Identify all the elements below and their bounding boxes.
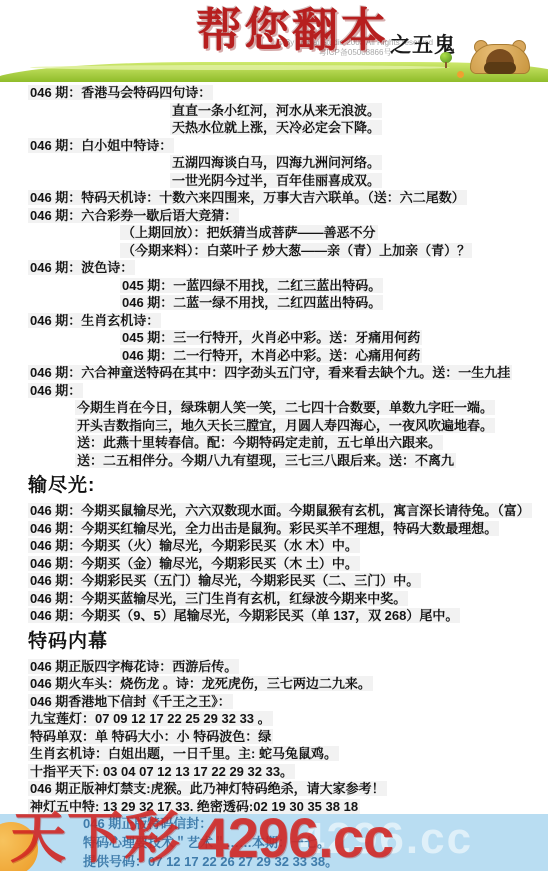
bear-muzzle [484, 62, 516, 74]
text-line: 046 期：今期买（金）输尽光，今期彩民买（木 土）中。 [0, 555, 548, 573]
text-line: （今期来料）：白菜叶子 炒大葱——亲（青）上加亲（青）？ [0, 242, 548, 260]
text-line: 直直一条小红河，河水从来无浪波。 [0, 102, 548, 120]
text-line: 十指平天下: 03 04 07 12 13 17 22 29 32 33。 [0, 763, 548, 781]
bear-illustration [468, 40, 532, 76]
text-line: 今期生肖在今日，绿珠朝人笑一笑，二七四十合数要，单数九字旺一端。 [0, 399, 548, 417]
text-line: 046 期：生肖玄机诗： [0, 312, 548, 330]
site-watermark: 天下彩 4296.cc [10, 808, 393, 868]
text-line: 046 期：特码天机诗：十数六来四围来，万事大吉六联单。（送：六二尾数） [0, 189, 548, 207]
text-line: 046 期正版四字梅花诗：西游后传。 [0, 658, 548, 676]
text-line: 生肖玄机诗：白姐出题，一日千里。主: 蛇马兔鼠鸡。 [0, 745, 548, 763]
text-line: 送：二五相伴分。今期八九有望现，三七三八跟后来。送：不离九 [0, 452, 548, 470]
text-line: 046 期：今期买（9、5）尾输尽光，今期彩民买（单 137，双 268）尾中。 [0, 607, 548, 625]
text-line: 天热水位就上涨，天冷必定会下降。 [0, 119, 548, 137]
section-header: 输尽光: [0, 474, 548, 498]
text-line: 045 期：三一行特开，火肖必中彩。送：牙痛用何药 [0, 329, 548, 347]
text-line: 046 期：今期买（火）输尽光，今期彩民买（水 木）中。 [0, 537, 548, 555]
text-line: 046 期：今期彩民买（五门）输尽光，今期彩民买（二、三门）中。 [0, 572, 548, 590]
text-line: 046 期：今期买红输尽光，全力出击是鼠狗。彩民买羊不理想，特码大数最理想。 [0, 520, 548, 538]
text-line: 送：此燕十里转春信。配：今期特码定走前，五七单出六跟来。 [0, 434, 548, 452]
text-line: 046 期：白小姐中特诗： [0, 137, 548, 155]
text-line: 五湖四海谈白马，四海九洲问河络。 [0, 154, 548, 172]
page-header: C By LiuCai Studio 2003 All Rights reser… [0, 0, 548, 82]
text-line: 046 期：二蓝一绿不用找，二红四蓝出特码。 [0, 294, 548, 312]
text-line: （上期回放）：把妖猜当成菩萨——善恶不分 [0, 224, 548, 242]
text-line: 045 期：一蓝四绿不用找，二红三蓝出特码。 [0, 277, 548, 295]
text-line: 046 期：二一行特开，木肖必中彩。送：心痛用何药 [0, 347, 548, 365]
tree-icon [440, 52, 452, 68]
text-line: 046 期： [0, 382, 548, 400]
title-text: 帮您翻本 [196, 4, 388, 56]
text-line: 046 期火车头：烧伤龙 。诗：龙死虎伤，三七两边二九来。 [0, 675, 548, 693]
section-header: 特码内幕 [0, 630, 548, 654]
text-line: 九宝莲灯：07 09 12 17 22 25 29 32 33 。 [0, 710, 548, 728]
content-root: 046 期：香港马会特码四句诗：直直一条小红河，河水从来无浪波。天热水位就上涨，… [0, 84, 548, 815]
text-line: 046 期：香港马会特码四句诗： [0, 84, 548, 102]
text-line: 046 期：六合神童送特码在其中：四字劲头五门守，看来看去缺个九。送：一生九挂 [0, 364, 548, 382]
text-line: 046 期：波色诗： [0, 259, 548, 277]
watermark-chinese: 天下彩 [10, 806, 198, 869]
page-title: 帮您翻本之五鬼 [196, 4, 456, 59]
text-line: 046 期：今期买蓝输尽光，三门生肖有玄机，红绿波今期来中奖。 [0, 590, 548, 608]
watermark-url: 4296.cc [198, 806, 393, 869]
text-line: 046 期：今期买鼠输尽光，六六双数现水面。今期鼠猴有玄机，寓言深长请待兔。（富… [0, 502, 548, 520]
text-line: 一世光阴今过半，百年佳丽喜成双。 [0, 172, 548, 190]
text-line: 特码单双：单 特码大小：小 特码波色：绿 [0, 728, 548, 746]
text-line: 046 期：六合彩券一歇后语大竞猜： [0, 207, 548, 225]
text-line: 046 期香港地下信封《千王之王》： [0, 693, 548, 711]
text-line: 046 期正版神灯禁支:虎猴。此乃神灯特码绝杀，请大家参考！ [0, 780, 548, 798]
tree-trunk [445, 62, 447, 68]
grass-highlight [30, 65, 450, 70]
flower-dot-icon [457, 71, 464, 78]
text-line: 开头吉数指向三，地久天长三膛宜，月圆人寿四海心，一夜风吹遍地春。 [0, 417, 548, 435]
